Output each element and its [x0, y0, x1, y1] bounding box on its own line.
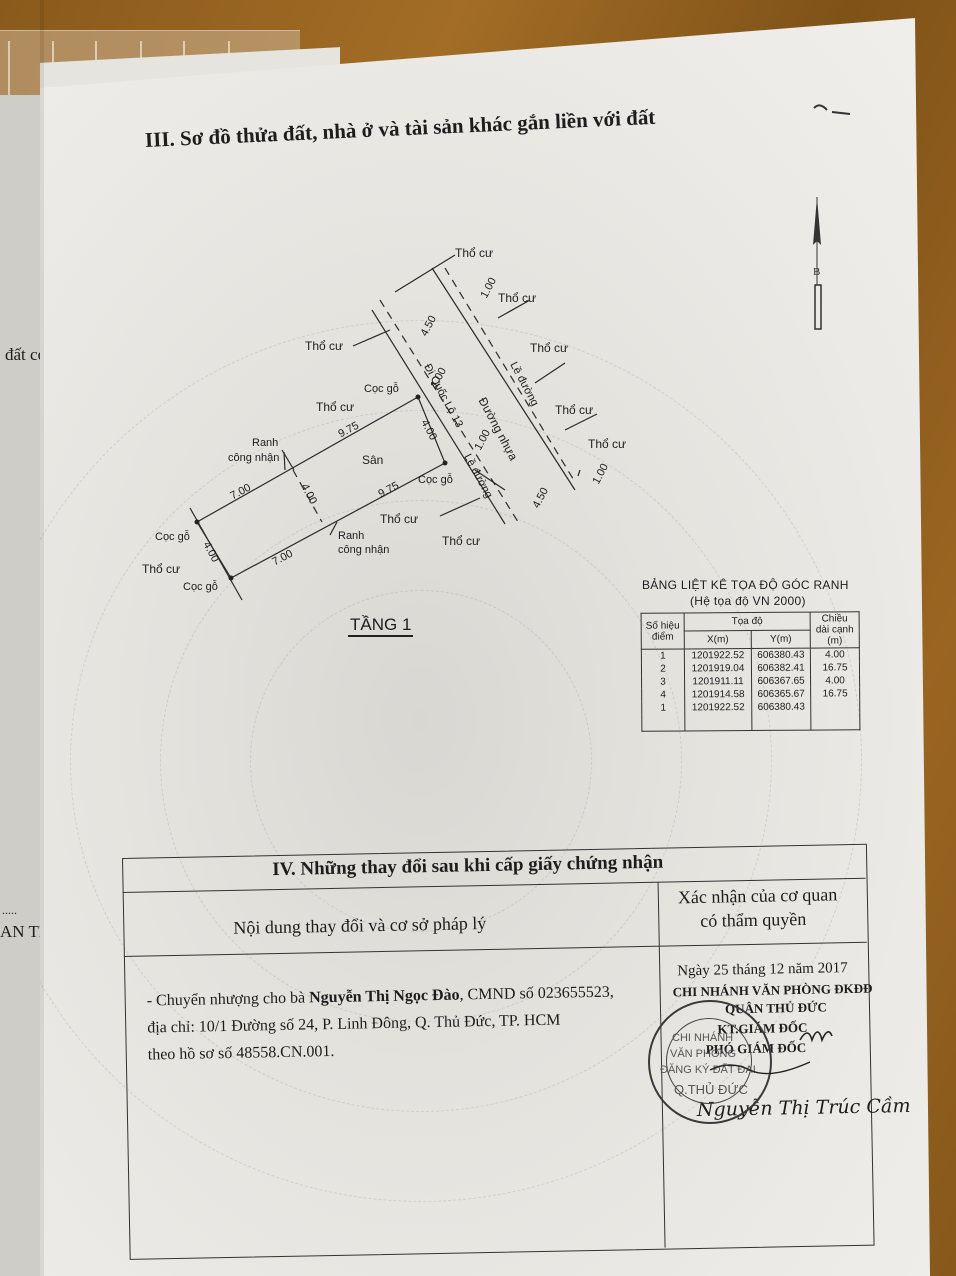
boundary-note: công nhận [228, 452, 279, 464]
coord-table-subtitle: (Hệ tọa độ VN 2000) [690, 594, 806, 608]
col2-header: Xác nhận của cơ quan [678, 884, 838, 908]
coord-table-title: BẢNG LIỆT KÊ TỌA ĐỘ GÓC RANH [642, 578, 849, 592]
floor-label: TẦNG 1 [348, 615, 413, 637]
marker-label: Cọc gỗ [155, 531, 190, 543]
boundary-note: Ranh [252, 437, 278, 449]
marker-label: Cọc gỗ [183, 581, 218, 593]
left-page-dots: ..... [2, 903, 17, 918]
neighbor-label: Thổ cư [530, 341, 568, 355]
neighbor-label: Thổ cư [142, 562, 180, 576]
marker-label: Cọc gỗ [364, 383, 399, 395]
neighbor-label: Thổ cư [555, 403, 593, 417]
neighbor-label: Thổ cư [455, 246, 493, 260]
col2-header: có thẩm quyền [700, 909, 806, 932]
signature-scribble [700, 1020, 880, 1080]
neighbor-label: Thổ cư [442, 534, 480, 548]
neighbor-label: Thổ cư [380, 512, 418, 526]
confirmation-date: Ngày 25 tháng 12 năm 2017 [677, 960, 848, 980]
yard-label: Sân [362, 453, 383, 467]
change-entry-line3: theo hồ sơ số 48558.CN.001. [148, 1038, 335, 1069]
coordinate-table: Số hiệu điểm Tọa độ Chiều dài cạnh (m) X… [641, 611, 861, 732]
neighbor-label: Thổ cư [305, 339, 343, 353]
neighbor-label: Thổ cư [498, 291, 536, 305]
boundary-note: công nhận [338, 544, 389, 556]
marker-label: Cọc gỗ [418, 474, 453, 486]
neighbor-label: Thổ cư [316, 400, 354, 414]
boundary-note: Ranh [338, 530, 364, 542]
neighbor-label: Thổ cư [588, 437, 626, 451]
